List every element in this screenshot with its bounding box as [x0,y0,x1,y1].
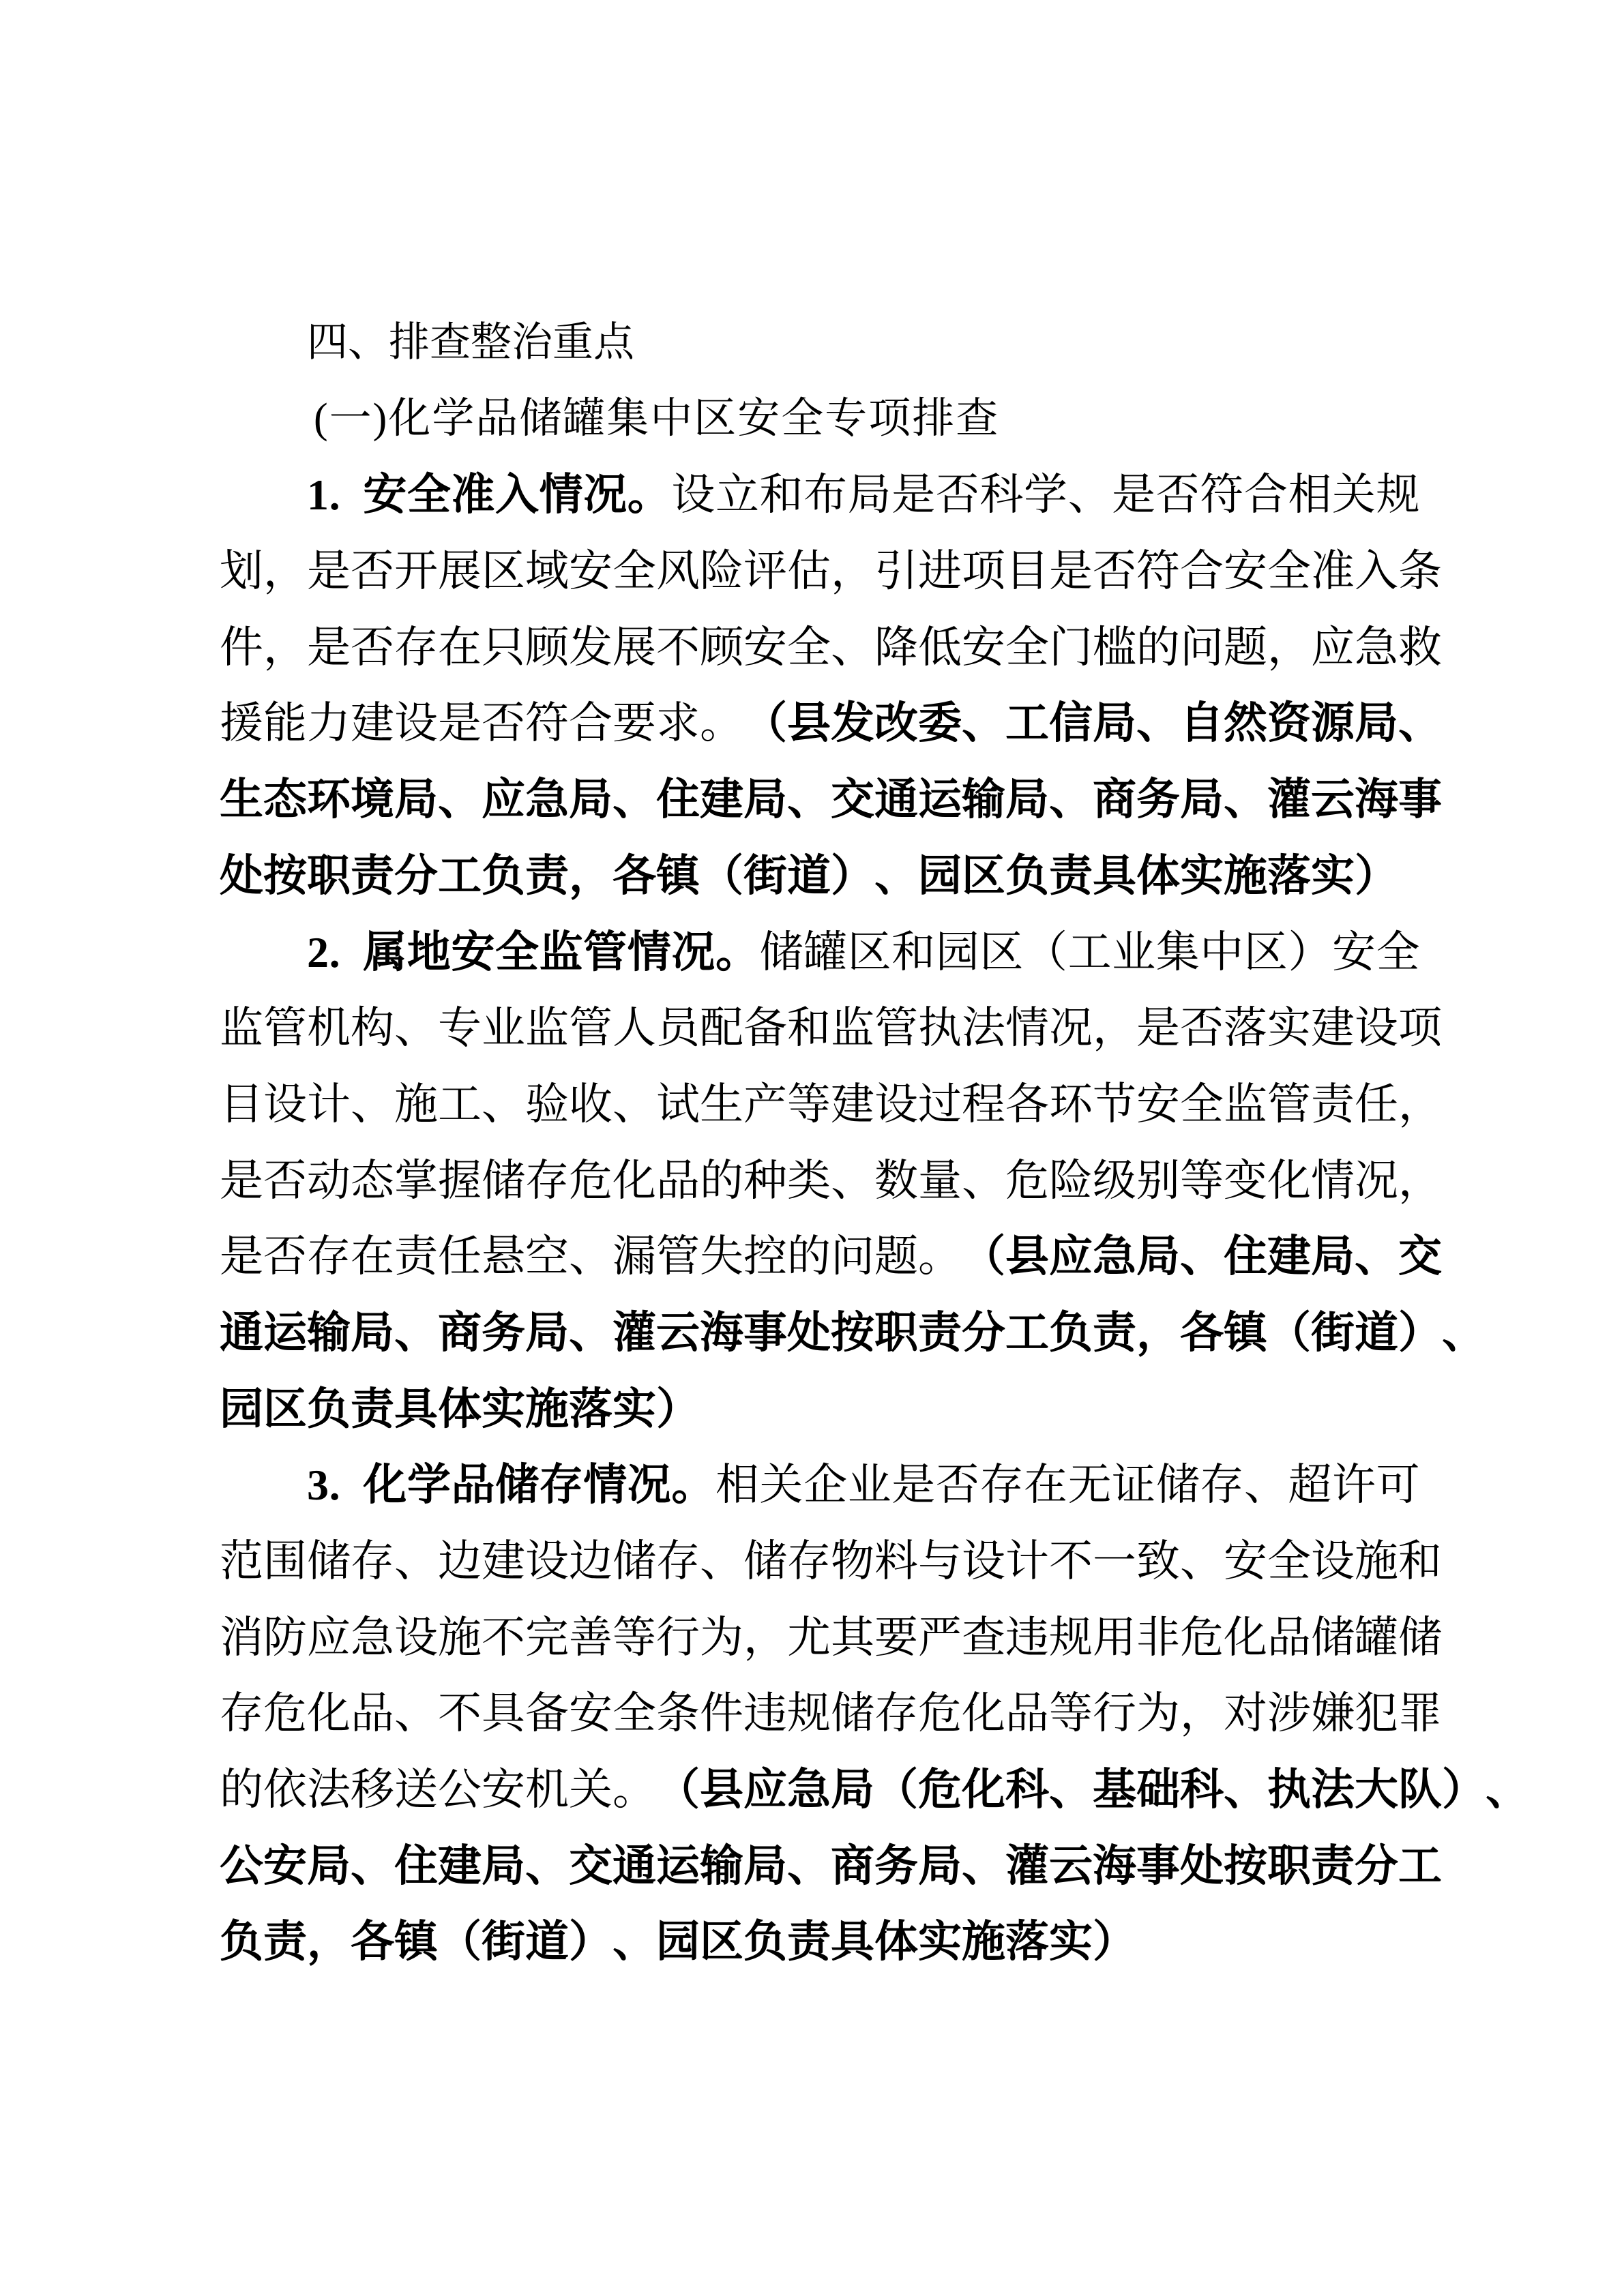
document-page: 四、排查整治重点 (一)化学品储罐集中区安全专项排查 1. 安全准入情况。设立和… [220,305,1420,1980]
paragraph-line: 负责，各镇（街道）、园区负责具体实施落实） [220,1904,1420,1980]
paragraph-line: 2. 属地安全监管情况。储罐区和园区（工业集中区）安全 [220,914,1420,991]
item-1-paragraph: 1. 安全准入情况。设立和布局是否科学、是否符合相关规划，是否开展区域安全风险评… [220,457,1420,914]
paragraph-line: 援能力建设是否符合要求。（县发改委、工信局、自然资源局、 [220,685,1420,762]
paragraph-line: 园区负责具体实施落实） [220,1371,1420,1448]
section-heading: 四、排查整治重点 [220,305,1420,381]
paragraph-line: 的依法移送公安机关。（县应急局（危化科、基础科、执法大队）、 [220,1752,1420,1828]
paragraph-line: 通运输局、商务局、灌云海事处按职责分工负责，各镇（街道）、 [220,1295,1420,1371]
paragraph-line: 3. 化学品储存情况。相关企业是否存在无证储存、超许可 [220,1447,1420,1523]
paragraph-line: 生态环境局、应急局、住建局、交通运输局、商务局、灌云海事 [220,762,1420,838]
paragraph-line: 范围储存、边建设边储存、储存物料与设计不一致、安全设施和 [220,1523,1420,1600]
paragraph-line: 件，是否存在只顾发展不顾安全、降低安全门槛的问题，应急救 [220,610,1420,686]
paragraph-line: 消防应急设施不完善等行为，尤其要严查违规用非危化品储罐储 [220,1600,1420,1676]
paragraph-line: 划，是否开展区域安全风险评估，引进项目是否符合安全准入条 [220,533,1420,610]
paragraph-line: 目设计、施工、验收、试生产等建设过程各环节安全监管责任， [220,1067,1420,1143]
paragraph-line: 1. 安全准入情况。设立和布局是否科学、是否符合相关规 [220,457,1420,533]
item-3-paragraph: 3. 化学品储存情况。相关企业是否存在无证储存、超许可范围储存、边建设边储存、储… [220,1447,1420,1980]
item-2-paragraph: 2. 属地安全监管情况。储罐区和园区（工业集中区）安全监管机构、专业监管人员配备… [220,914,1420,1448]
subsection-heading: (一)化学品储罐集中区安全专项排查 [220,381,1420,458]
paragraph-line: 处按职责分工负责，各镇（街道）、园区负责具体实施落实） [220,838,1420,914]
paragraph-line: 公安局、住建局、交通运输局、商务局、灌云海事处按职责分工 [220,1828,1420,1905]
paragraph-line: 监管机构、专业监管人员配备和监管执法情况，是否落实建设项 [220,990,1420,1067]
paragraph-line: 是否动态掌握储存危化品的种类、数量、危险级别等变化情况， [220,1143,1420,1219]
paragraph-line: 存危化品、不具备安全条件违规储存危化品等行为，对涉嫌犯罪 [220,1675,1420,1752]
paragraph-line: 是否存在责任悬空、漏管失控的问题。（县应急局、住建局、交 [220,1219,1420,1295]
